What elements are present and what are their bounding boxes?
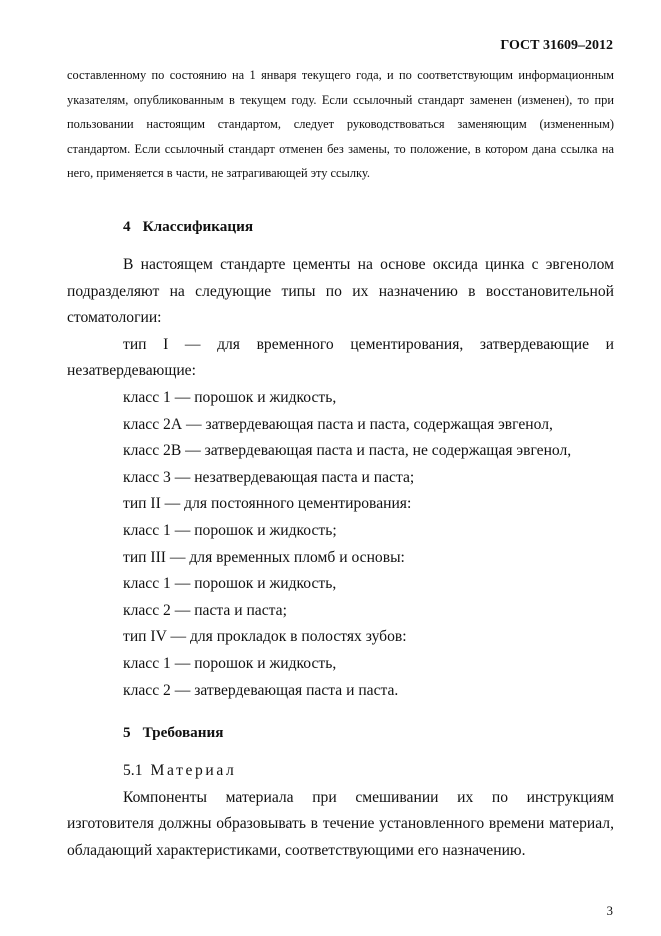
list-item: класс 2А — затвердевающая паста и паста,… [123, 412, 614, 439]
list-item: тип III — для временных пломб и основы: [123, 545, 614, 572]
section-4-paragraph: В настоящем стандарте цементы на основе … [67, 252, 614, 332]
list-item: класс 1 — порошок и жидкость, [123, 651, 614, 678]
list-item: класс 2 — паста и паста; [123, 598, 614, 625]
section-4-heading: 4Классификация [123, 212, 614, 242]
intro-text: составленному по состоянию на 1 января т… [67, 63, 614, 186]
type-1-line: тип I — для временного цементирования, з… [67, 332, 614, 385]
subsection-5-1-title: Материал [151, 762, 237, 779]
list-item: класс 2В — затвердевающая паста и паста,… [123, 438, 614, 465]
section-4-title: Классификация [143, 218, 253, 235]
section-4-number: 4 [123, 218, 131, 235]
main-content: 4Классификация В настоящем стандарте цем… [67, 212, 614, 864]
document-page: ГОСТ 31609–2012 составленному по состоян… [0, 0, 661, 936]
list-item: класс 3 — незатвердевающая паста и паста… [123, 465, 614, 492]
list-item: тип IV — для прокладок в полостях зубов: [123, 624, 614, 651]
list-item: класс 1 — порошок и жидкость, [123, 385, 614, 412]
list-item: класс 1 — порошок и жидкость, [123, 571, 614, 598]
list-item: тип II — для постоянного цементирования: [123, 491, 614, 518]
page-number: 3 [607, 903, 614, 919]
section-5-heading: 5Требования [123, 718, 614, 748]
section-5-title: Требования [143, 724, 224, 741]
subsection-5-1-number: 5.1 [123, 762, 143, 779]
list-item: класс 1 — порошок и жидкость; [123, 518, 614, 545]
subsection-5-1-heading: 5.1Материал [123, 758, 614, 785]
classification-list: класс 1 — порошок и жидкость, класс 2А —… [67, 385, 614, 704]
document-code: ГОСТ 31609–2012 [500, 38, 613, 54]
intro-paragraph: составленному по состоянию на 1 января т… [67, 63, 614, 186]
list-item: класс 2 — затвердевающая паста и паста. [123, 678, 614, 705]
section-5-number: 5 [123, 724, 131, 741]
subsection-5-1-paragraph: Компоненты материала при смешивании их п… [67, 785, 614, 865]
